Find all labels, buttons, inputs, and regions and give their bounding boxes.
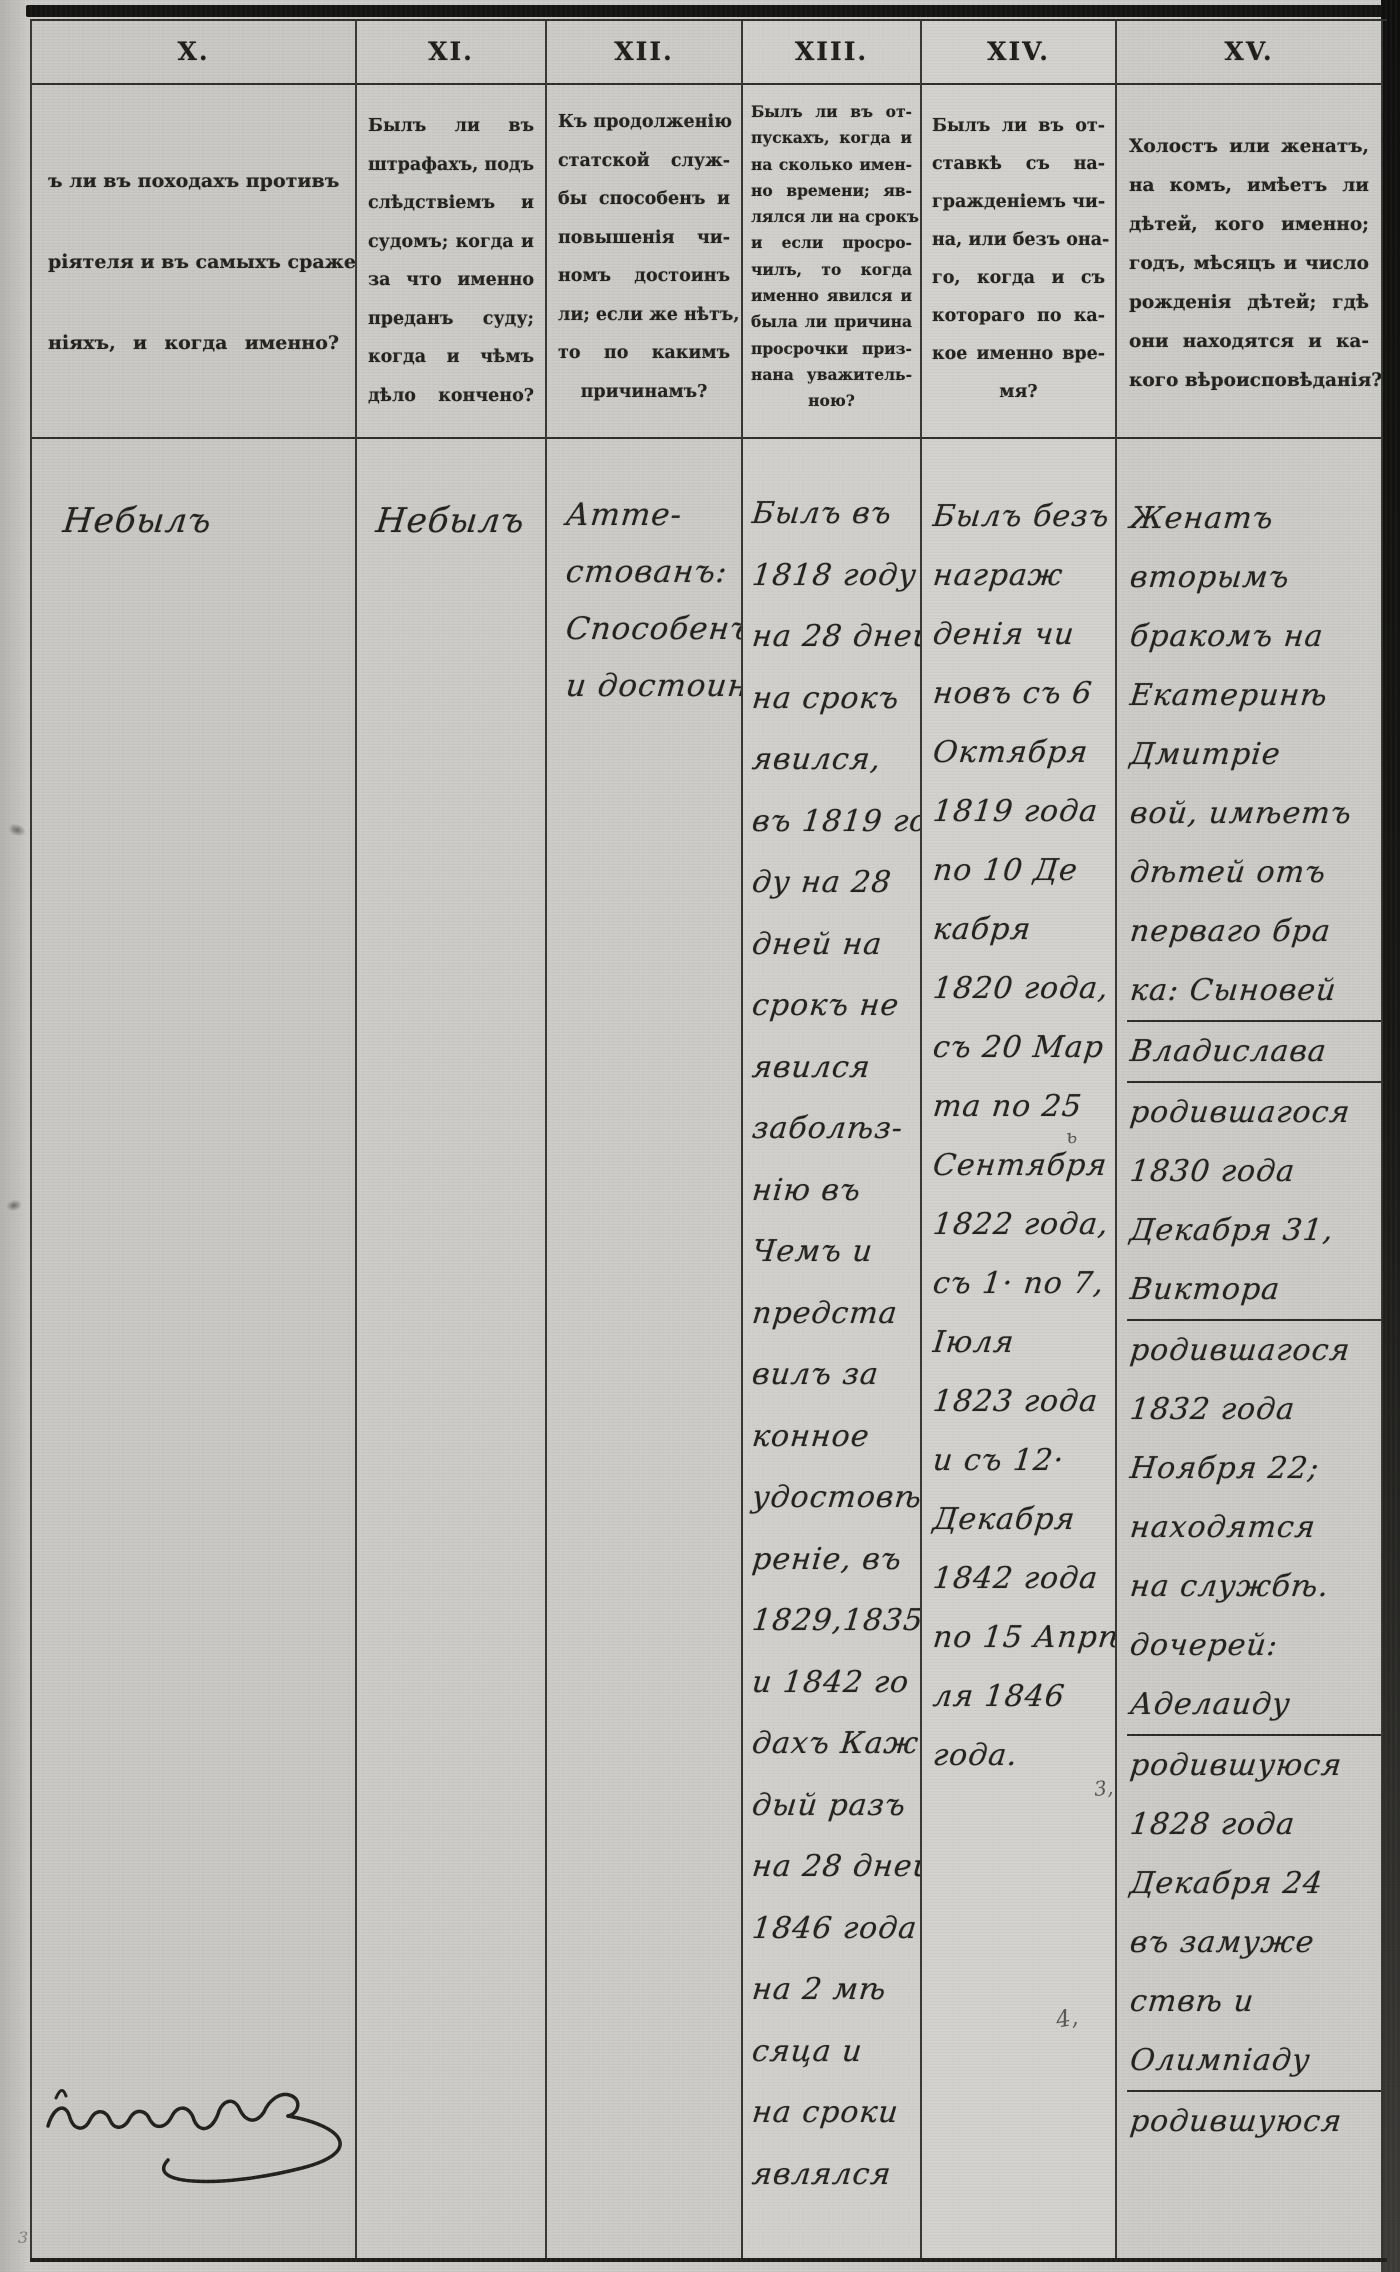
header-line: гражденіемъ чи- [932,183,1105,221]
handwritten-line: вой, имѣетъ [1127,784,1381,843]
header-line: годъ, мѣсяцъ и число [1129,244,1369,283]
header-line: преданъ суду; [368,300,534,339]
handwritten-line: дочерей: [1127,1616,1381,1675]
handwritten-line: Атте- [563,487,741,544]
handwritten-line: Былъ безъ [930,487,1115,546]
handwritten-line: Іюля [930,1313,1115,1372]
handwritten-line: денія чи [930,605,1115,664]
column-header: Холостъ или женатъ,на комъ, имѣетъ лидѣт… [1117,85,1381,439]
header-line: на сколько имен- [751,152,912,178]
handwritten-line: Способенъ [563,601,741,658]
column-number: XIV. [922,21,1115,85]
header-line: котораго по ка- [932,297,1105,335]
handwritten-line: предста [749,1283,920,1345]
column-entry: Былъ въ1818 годуна 28 дней,на срокъявилс… [743,439,920,2258]
handwritten-line: 1818 году [749,545,920,607]
header-line: ъ ли въ походахъ противъ [48,141,339,222]
handwritten-line: удостовѣ [749,1467,920,1529]
header-line: мя? [932,373,1105,411]
column-x: X. ъ ли въ походахъ противъріятеля и въ … [30,21,357,2258]
column-header: ъ ли въ походахъ противъріятеля и въ сам… [32,85,355,439]
handwritten-line: дѣтей отъ [1127,843,1381,902]
handwritten-line: и 1842 го [749,1652,920,1714]
handwritten-line: на срокъ [749,668,920,730]
header-line: ли; если же нѣтъ, [558,296,730,335]
handwritten-line: явился, [749,729,920,791]
stray-ink-mark: 3, [1093,1775,1114,1801]
handwritten-line: Декабря 24 [1127,1854,1381,1913]
header-line: судомъ; когда и [368,223,534,262]
handwritten-line: Дмитріе [1127,725,1381,784]
header-line: они находятся и ка- [1129,322,1369,361]
handwritten-line: заболѣз- [749,1098,920,1160]
column-xv: XV. Холостъ или женатъ,на комъ, имѣетъ л… [1117,21,1383,2258]
handwritten-line: ду на 28 [749,852,920,914]
handwritten-line: 1823 года [930,1372,1115,1431]
handwritten-line: родившагося [1127,1083,1381,1142]
column-entry: Небылъ [32,439,355,2258]
handwritten-line: 1846 года [749,1898,920,1960]
handwritten-line: конное [749,1406,920,1468]
handwritten-line: вилъ за [749,1344,920,1406]
handwritten-line: на сроки [749,2082,920,2144]
header-line: когда и чѣмъ [368,338,534,377]
handwritten-line: Чемъ и [749,1221,920,1283]
header-line: Холостъ или женатъ, [1129,127,1369,166]
handwritten-line: бракомъ на [1127,607,1381,666]
handwritten-line: на 28 дней, [749,1836,920,1898]
handwritten-line: дый разъ [749,1775,920,1837]
handwritten-line: 1822 года, [930,1195,1115,1254]
handwritten-line: съ 1· по 7, [930,1254,1115,1313]
handwritten-line: по 10 Де [930,841,1115,900]
handwritten-line: Былъ въ [749,483,920,545]
header-line: и если просро- [751,230,912,256]
handwritten-line: Небылъ [60,491,355,551]
handwritten-line: 1820 года, [930,959,1115,1018]
header-line: была ли причина [751,309,912,335]
handwritten-line: кабря [930,900,1115,959]
handwritten-line: стованъ: [563,544,741,601]
handwritten-line: на 2 мѣ [749,1959,920,2021]
handwritten-line: Виктора [1127,1260,1381,1321]
handwritten-line: перваго бра [1127,902,1381,961]
handwritten-line: Небылъ [373,491,545,551]
header-line: причинамъ? [558,373,730,412]
header-line: кого вѣроисповѣданія? [1129,361,1369,400]
header-line: повышенія чи- [558,219,730,258]
scan-top-edge [26,5,1386,17]
header-line: лялся ли на срокъ [751,204,912,230]
handwritten-line: по 15 Апрѣ [930,1608,1115,1667]
handwritten-line: 1842 года [930,1549,1115,1608]
header-line: Къ продолженію [558,103,730,142]
header-line: нана уважитель- [751,362,912,388]
handwritten-line: въ 1819 го [749,791,920,853]
handwritten-line: въ замуже [1127,1913,1381,1972]
handwritten-line: являлся [749,2144,920,2206]
page-left-margin [0,0,28,2272]
header-line: просрочки приз- [751,336,912,362]
handwritten-line: та по 25 [930,1077,1115,1136]
stray-ink-mark: 3 [18,2228,28,2247]
header-line: Былъ ли въ от- [751,99,912,125]
handwritten-line: и съ 12· [930,1431,1115,1490]
header-line: статской служ- [558,142,730,181]
column-header: Къ продолженіюстатской служ-бы способенъ… [547,85,741,439]
header-line: Былъ ли въ от- [932,107,1105,145]
header-line: за что именно [368,261,534,300]
header-line: дѣтей, кого именно; [1129,205,1369,244]
header-line: именно явился и [751,283,912,309]
header-line: ставкѣ съ на- [932,145,1105,183]
header-line: Былъ ли въ [368,107,534,146]
handwritten-line: срокъ не [749,975,920,1037]
header-line: но времени; яв- [751,178,912,204]
header-line: кое именно вре- [932,335,1105,373]
column-xii: XII. Къ продолженіюстатской служ-бы спос… [547,21,743,2258]
handwritten-line: съ 20 Мар [930,1018,1115,1077]
handwritten-line: Ноября 22; [1127,1439,1381,1498]
handwritten-line: ка: Сыновей [1127,961,1381,1022]
scanned-document-page: X. ъ ли въ походахъ противъріятеля и въ … [0,0,1400,2272]
handwritten-line: Декабря 31, [1127,1201,1381,1260]
header-line: слѣдствіемъ и [368,184,534,223]
column-entry: Небылъ [357,439,545,2258]
handwritten-line: новъ съ 6 [930,664,1115,723]
handwritten-line: Женатъ [1127,489,1381,548]
header-line: ніяхъ, и когда именно? [48,303,339,384]
handwritten-line: Октября [930,723,1115,782]
column-number: XII. [547,21,741,85]
header-line: рожденія дѣтей; гдѣ [1129,283,1369,322]
handwritten-line: ствѣ и [1127,1972,1381,2031]
column-header: Былъ ли въштрафахъ, подъслѣдствіемъ исуд… [357,85,545,439]
header-line: на, или безъ она- [932,221,1105,259]
handwritten-line: явился [749,1037,920,1099]
handwritten-line: награж [930,546,1115,605]
handwritten-line: 1829,1835 [749,1590,920,1652]
header-line: штрафахъ, подъ [368,146,534,185]
header-line: чилъ, то когда [751,257,912,283]
handwritten-line: Олимпіаду [1127,2031,1381,2092]
handwritten-line: Владислава [1127,1022,1381,1083]
handwritten-line: родившуюся [1127,1736,1381,1795]
handwritten-line: и достоинъ [563,658,741,715]
handwritten-line: дахъ Каж [749,1713,920,1775]
column-entry: Былъ безънагражденія чиновъ съ 6Октября1… [922,439,1115,2258]
ink-smudge [120,508,130,516]
header-line: го, когда и съ [932,259,1105,297]
handwritten-line: вторымъ [1127,548,1381,607]
stray-ink-mark: 4, [1054,2004,1080,2033]
handwritten-line: 1828 года [1127,1795,1381,1854]
column-header: Былъ ли въ от-ставкѣ съ на-гражденіемъ ч… [922,85,1115,439]
header-line: номъ достоинъ [558,257,730,296]
handwritten-line: 1819 года [930,782,1115,841]
column-entry: Атте-стованъ:Способенъи достоинъ [547,439,741,2258]
column-number: XI. [357,21,545,85]
column-xiii: XIII. Былъ ли въ от-пускахъ, когда ина с… [743,21,922,2258]
handwritten-line: года. [930,1726,1115,1785]
handwritten-line: дней на [749,914,920,976]
column-entry: Женатъвторымъбракомъ наЕкатеринѣДмитріев… [1117,439,1381,2258]
column-header: Былъ ли въ от-пускахъ, когда ина сколько… [743,85,920,439]
handwritten-line: 1832 года [1127,1380,1381,1439]
header-line: то по какимъ [558,334,730,373]
handwritten-line: на службѣ. [1127,1557,1381,1616]
column-number: XIII. [743,21,920,85]
handwritten-line: сяца и [749,2021,920,2083]
header-line: дѣло кончено? [368,377,534,416]
header-line: на комъ, имѣетъ ли [1129,166,1369,205]
header-line: ною? [751,388,912,414]
signature-scrawl [34,2068,374,2208]
handwritten-line: Аделаиду [1127,1675,1381,1736]
column-xi: XI. Былъ ли въштрафахъ, подъслѣдствіемъ … [357,21,547,2258]
handwritten-line: ля 1846 [930,1667,1115,1726]
handwritten-line: Сентября [930,1136,1115,1195]
handwritten-line: Екатеринѣ [1127,666,1381,725]
handwritten-line: нію въ [749,1160,920,1222]
service-record-table: X. ъ ли въ походахъ противъріятеля и въ … [30,19,1387,2262]
handwritten-line: Декабря [930,1490,1115,1549]
column-number: X. [32,21,355,85]
handwritten-line: находятся [1127,1498,1381,1557]
header-line: бы способенъ и [558,180,730,219]
column-xiv: XIV. Былъ ли въ от-ставкѣ съ на-граждені… [922,21,1117,2258]
header-line: пускахъ, когда и [751,125,912,151]
handwritten-line: родившуюся [1127,2092,1381,2151]
handwritten-line: на 28 дней, [749,606,920,668]
handwritten-line: родившагося [1127,1321,1381,1380]
handwritten-line: 1830 года [1127,1142,1381,1201]
handwritten-line: реніе, въ [749,1529,920,1591]
header-line: ріятеля и въ самыхъ сраже- [48,222,339,303]
column-number: XV. [1117,21,1381,85]
